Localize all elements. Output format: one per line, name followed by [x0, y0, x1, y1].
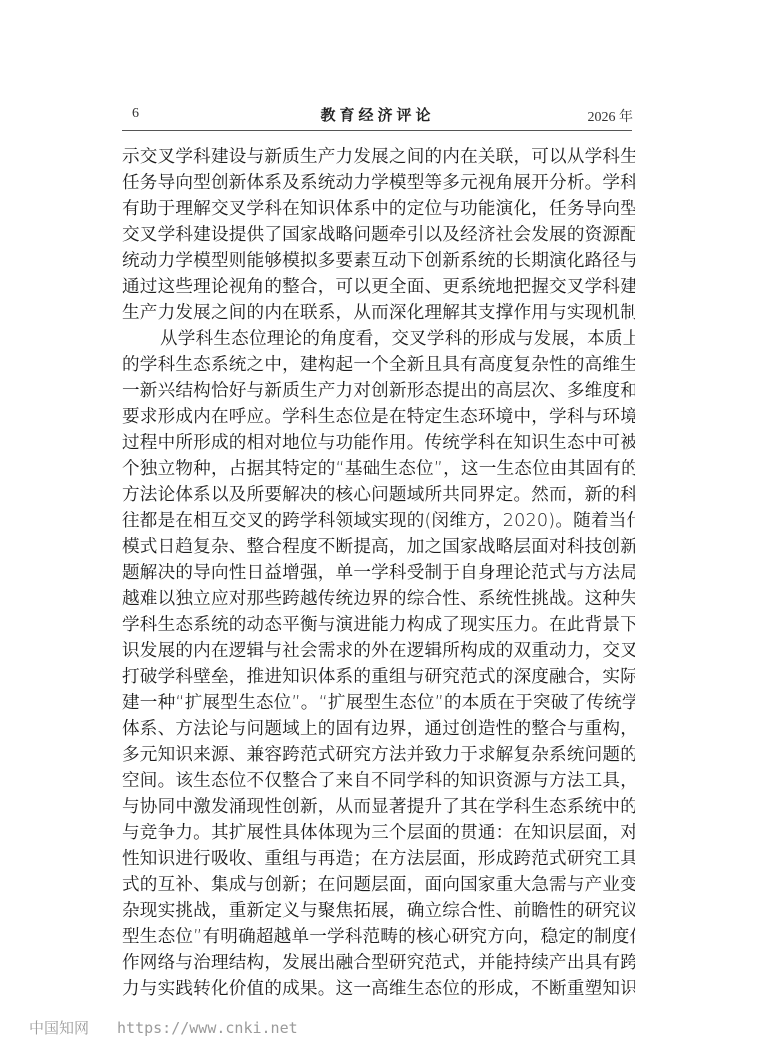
journal-title: 教育经济评论 — [122, 104, 633, 125]
text-line: 要求形成内在呼应。学科生态位是在特定生态环境中，学科与环境相互作用 — [122, 404, 635, 430]
publication-year: 2026 年 — [588, 106, 634, 126]
text-line: 交叉学科建设提供了国家战略问题牵引以及经济社会发展的资源配置逻辑，系 — [122, 222, 635, 248]
watermark-cn: 中国知网 — [29, 1019, 89, 1037]
text-line: 往都是在相互交叉的跨学科领域实现的(闵维方，2020)。随着当代知识生产 — [122, 508, 635, 534]
cnki-watermark: 中国知网https://www.cnki.net — [29, 1017, 298, 1038]
text-line: 建一种“扩展型生态位”。“扩展型生态位”的本质在于突破了传统学科在知识 — [122, 690, 635, 716]
text-line: 方法论体系以及所要解决的核心问题域所共同界定。然而，新的科学突破往 — [122, 482, 635, 508]
text-line: 性知识进行吸收、重组与再造；在方法层面，形成跨范式研究工具与思维方 — [122, 846, 635, 872]
text-line: 打破学科壁垒，推进知识体系的重组与研究范式的深度融合，实际上是在构 — [122, 664, 635, 690]
running-header: 6 教育经济评论 2026 年 — [122, 104, 633, 126]
text-line: 一新兴结构恰好与新质生产力对创新形态提出的高层次、多维度和系统化的 — [122, 378, 635, 404]
text-line: 越难以独立应对那些跨越传统边界的综合性、系统性挑战。这种失应对整个 — [122, 586, 635, 612]
text-line: 题解决的导向性日益增强，单一学科受制于自身理论范式与方法局限，越来 — [122, 560, 635, 586]
text-line: 过程中所形成的相对地位与功能作用。传统学科在知识生态中可被视为一个 — [122, 430, 635, 456]
watermark-url: https://www.cnki.net — [117, 1019, 298, 1037]
text-line: 示交叉学科建设与新质生产力发展之间的内在关联，可以从学科生态位理论、 — [122, 144, 635, 170]
text-line: 体系、方法论与问题域上的固有边界，通过创造性的整合与重构，形成容纳 — [122, 716, 635, 742]
text-line: 多元知识来源、兼容跨范式研究方法并致力于求解复杂系统问题的全新学术 — [122, 742, 635, 768]
text-line: 的学科生态系统之中，建构起一个全新且具有高度复杂性的高维生态位。这 — [122, 352, 635, 378]
text-line: 统动力学模型则能够模拟多要素互动下创新系统的长期演化路径与反馈效应。 — [122, 248, 635, 274]
text-line: 模式日趋复杂、整合程度不断提高，加之国家战略层面对科技创新与重大问 — [122, 534, 635, 560]
text-line: 与协同中激发涌现性创新，从而显著提升了其在学科生态系统中的适应能力 — [122, 794, 635, 820]
text-line: 识发展的内在逻辑与社会需求的外在逻辑所构成的双重动力，交叉学科通过 — [122, 638, 635, 664]
text-line: 与竞争力。其扩展性具体体现为三个层面的贯通：在知识层面，对多源异质 — [122, 820, 635, 846]
text-line: 空间。该生态位不仅整合了来自不同学科的知识资源与方法工具，更在交互 — [122, 768, 635, 794]
text-line: 型生态位”有明确超越单一学科范畴的核心研究方向，稳定的制度化跨学科合 — [122, 924, 635, 950]
article-body: 示交叉学科建设与新质生产力发展之间的内在关联，可以从学科生态位理论、 任务导向型… — [122, 144, 635, 1002]
text-line: 力与实践转化价值的成果。这一高维生态位的形成，不断重塑知识生产的结 — [122, 976, 635, 1002]
text-line: 生产力发展之间的内在联系，从而深化理解其支撑作用与实现机制。 — [122, 300, 635, 326]
text-line: 有助于理解交叉学科在知识体系中的定位与功能演化，任务导向型创新体系为 — [122, 196, 635, 222]
header-rule — [122, 130, 632, 131]
text-line: 个独立物种，占据其特定的“基础生态位”，这一生态位由其固有的知识边界、 — [122, 456, 635, 482]
text-line: 任务导向型创新体系及系统动力学模型等多元视角展开分析。学科生态位理论 — [122, 170, 635, 196]
text-line: 从学科生态位理论的角度看，交叉学科的形成与发展，本质上是在既有 — [122, 326, 635, 352]
text-line: 杂现实挑战，重新定义与聚焦拓展，确立综合性、前瞻性的研究议程。“扩展 — [122, 898, 635, 924]
text-line: 学科生态系统的动态平衡与演进能力构成了现实压力。在此背景下，由于知 — [122, 612, 635, 638]
text-line: 作网络与治理结构，发展出融合型研究范式，并能持续产出具有跨学科影响 — [122, 950, 635, 976]
paragraph-2: 从学科生态位理论的角度看，交叉学科的形成与发展，本质上是在既有 的学科生态系统之… — [122, 326, 635, 1002]
paragraph-1: 示交叉学科建设与新质生产力发展之间的内在关联，可以从学科生态位理论、 任务导向型… — [122, 144, 635, 326]
text-line: 通过这些理论视角的整合，可以更全面、更系统地把握交叉学科建设与新质 — [122, 274, 635, 300]
text-line: 式的互补、集成与创新；在问题层面，面向国家重大急需与产业变革中的复 — [122, 872, 635, 898]
